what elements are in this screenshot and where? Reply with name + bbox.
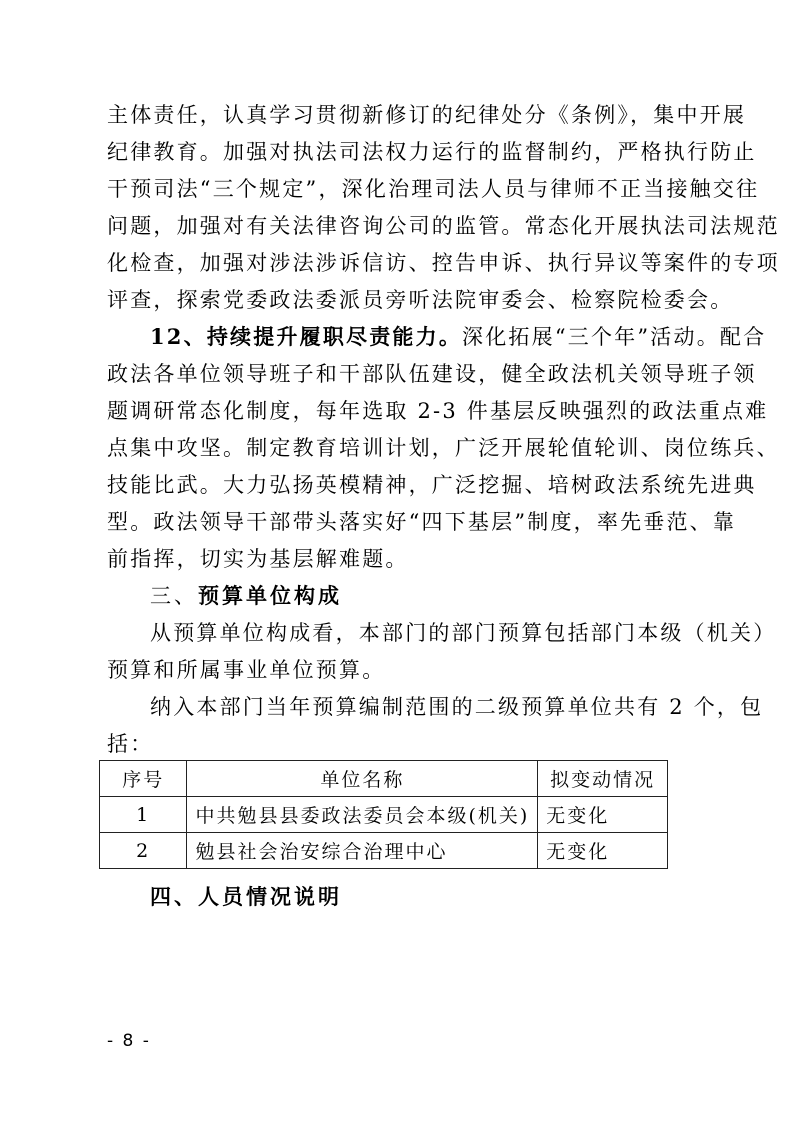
body-line: 主体责任，认真学习贯彻新修订的纪律处分《条例》，集中开展	[107, 101, 697, 129]
section-3-heading: 三、预算单位构成	[150, 582, 342, 610]
body-line: 化检查，加强对涉法涉诉信访、控告申诉、执行异议等案件的专项	[107, 249, 697, 277]
table-row: 2 勉县社会治安综合治理中心 无变化	[100, 833, 668, 869]
item-12-first-line: 12、持续提升履职尽责能力。深化拓展“三个年”活动。配合	[150, 323, 697, 351]
body-line: 题调研常态化制度，每年选取 2-3 件基层反映强烈的政法重点难	[107, 397, 697, 425]
body-line: 点集中攻坚。制定教育培训计划，广泛开展轮值轮训、岗位练兵、	[107, 434, 697, 462]
table-header-row: 序号 单位名称 拟变动情况	[100, 761, 668, 797]
cell-serial: 2	[100, 833, 187, 869]
body-line: 评查，探索党委政法委派员旁听法院审委会、检察院检委会。	[107, 286, 697, 314]
body-line: 括：	[107, 730, 697, 758]
item-12-first-line-rest: 深化拓展“三个年”活动。配合	[462, 325, 766, 349]
section-3-title: 预算单位构成	[198, 583, 342, 608]
body-line: 型。政法领导干部带头落实好“四下基层”制度，率先垂范、靠	[107, 508, 697, 536]
budget-units-table: 序号 单位名称 拟变动情况 1 中共勉县县委政法委员会本级(机关) 无变化 2 …	[99, 760, 668, 869]
table-row: 1 中共勉县县委政法委员会本级(机关) 无变化	[100, 797, 668, 833]
cell-change-status: 无变化	[538, 833, 668, 869]
cell-unit-name: 勉县社会治安综合治理中心	[187, 833, 538, 869]
body-line: 问题，加强对有关法律咨询公司的监管。常态化开展执法司法规范	[107, 212, 697, 240]
header-change-status: 拟变动情况	[538, 761, 668, 797]
item-12-heading: 12、持续提升履职尽责能力。	[150, 324, 462, 349]
body-line: 干预司法“三个规定”，深化治理司法人员与律师不正当接触交往	[107, 175, 697, 203]
page-number: - 8 -	[107, 1031, 151, 1051]
cell-unit-name: 中共勉县县委政法委员会本级(机关)	[187, 797, 538, 833]
body-line: 从预算单位构成看，本部门的部门预算包括部门本级（机关）	[150, 619, 697, 647]
section-4-title: 人员情况说明	[198, 884, 342, 909]
header-unit-name: 单位名称	[187, 761, 538, 797]
header-serial: 序号	[100, 761, 187, 797]
cell-serial: 1	[100, 797, 187, 833]
section-4-heading: 四、人员情况说明	[150, 883, 342, 911]
body-line: 预算和所属事业单位预算。	[107, 656, 697, 684]
body-line: 技能比武。大力弘扬英模精神，广泛挖掘、培树政法系统先进典	[107, 471, 697, 499]
section-4-number: 四、	[150, 884, 198, 909]
body-line: 前指挥，切实为基层解难题。	[107, 545, 697, 573]
body-line: 政法各单位领导班子和干部队伍建设，健全政法机关领导班子领	[107, 360, 697, 388]
body-line: 纪律教育。加强对执法司法权力运行的监督制约，严格执行防止	[107, 138, 697, 166]
document-page: 主体责任，认真学习贯彻新修订的纪律处分《条例》，集中开展 纪律教育。加强对执法司…	[0, 0, 792, 1121]
body-line: 纳入本部门当年预算编制范围的二级预算单位共有 2 个，包	[150, 693, 697, 721]
cell-change-status: 无变化	[538, 797, 668, 833]
section-3-number: 三、	[150, 584, 198, 608]
